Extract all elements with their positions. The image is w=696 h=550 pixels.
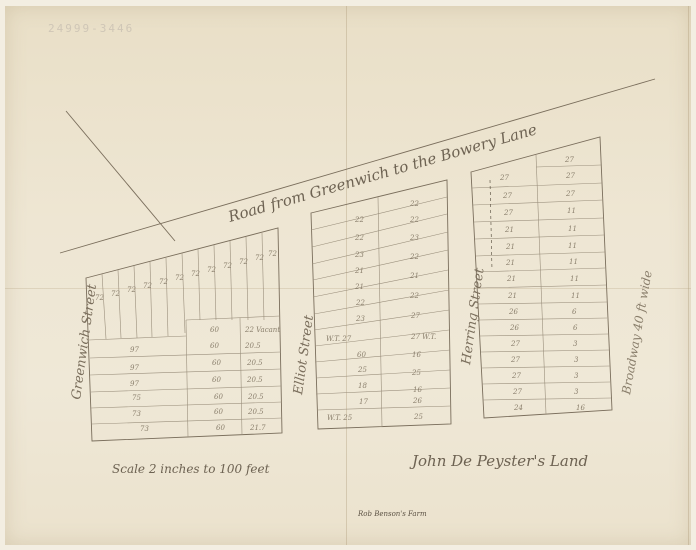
svg-text:21: 21 xyxy=(505,259,515,267)
svg-text:27: 27 xyxy=(410,312,420,320)
svg-text:11: 11 xyxy=(571,292,580,300)
svg-text:27: 27 xyxy=(499,174,509,182)
svg-text:26: 26 xyxy=(508,308,518,316)
road-label: Road from Greenwich to the Bowery Lane xyxy=(225,120,539,226)
svg-text:72: 72 xyxy=(191,270,200,278)
svg-text:21: 21 xyxy=(505,243,515,251)
svg-text:25: 25 xyxy=(357,366,367,374)
svg-text:21: 21 xyxy=(504,226,514,234)
svg-text:21: 21 xyxy=(507,292,517,300)
svg-text:21: 21 xyxy=(354,283,364,291)
svg-text:72: 72 xyxy=(223,262,232,270)
svg-text:11: 11 xyxy=(567,207,576,215)
svg-text:60: 60 xyxy=(210,342,219,350)
svg-text:W.T. 25: W.T. 25 xyxy=(327,414,353,422)
right-block-lot-numbers: 2727 2727 2727 2111 2111 2111 2111 2111 … xyxy=(499,156,585,412)
svg-text:6: 6 xyxy=(573,324,578,332)
svg-text:73: 73 xyxy=(132,410,141,418)
scale-annotation: Scale 2 inches to 100 feet xyxy=(112,462,269,476)
svg-text:60: 60 xyxy=(357,351,366,359)
svg-text:22: 22 xyxy=(409,200,419,208)
svg-text:24: 24 xyxy=(513,404,523,412)
svg-text:72: 72 xyxy=(175,274,184,282)
svg-text:16: 16 xyxy=(412,351,421,359)
road-line-cross xyxy=(66,111,175,241)
svg-text:60: 60 xyxy=(214,393,223,401)
svg-text:11: 11 xyxy=(568,225,577,233)
middle-block-outline xyxy=(311,180,451,429)
svg-text:27: 27 xyxy=(510,340,520,348)
svg-text:16: 16 xyxy=(576,404,585,412)
survey-drawing: Road from Greenwich to the Bowery Lane G… xyxy=(0,0,696,550)
svg-text:21: 21 xyxy=(354,267,364,275)
svg-text:27: 27 xyxy=(512,388,522,396)
svg-text:27 W.T.: 27 W.T. xyxy=(410,333,436,341)
svg-text:75: 75 xyxy=(132,394,141,402)
svg-text:6: 6 xyxy=(572,308,577,316)
svg-text:22: 22 xyxy=(409,253,419,261)
bottom-note: Rob Benson's Farm xyxy=(358,510,427,518)
svg-text:73: 73 xyxy=(140,425,149,433)
svg-text:27: 27 xyxy=(564,156,574,164)
svg-text:97: 97 xyxy=(130,380,139,388)
svg-text:27: 27 xyxy=(565,190,575,198)
svg-text:27: 27 xyxy=(510,356,520,364)
svg-text:22: 22 xyxy=(355,299,365,307)
svg-text:97: 97 xyxy=(130,364,139,372)
svg-text:22 Vacant: 22 Vacant xyxy=(244,326,280,334)
svg-text:26: 26 xyxy=(412,397,422,405)
street-label-herring: Herring Street xyxy=(459,266,488,366)
svg-text:72: 72 xyxy=(127,286,136,294)
svg-text:20.5: 20.5 xyxy=(244,342,261,350)
svg-text:20.5: 20.5 xyxy=(246,359,263,367)
svg-text:26: 26 xyxy=(509,324,519,332)
svg-text:23: 23 xyxy=(355,315,365,323)
svg-text:20.5: 20.5 xyxy=(247,408,264,416)
svg-text:27: 27 xyxy=(511,372,521,380)
svg-text:72: 72 xyxy=(143,282,152,290)
svg-text:3: 3 xyxy=(574,356,579,364)
svg-text:22: 22 xyxy=(409,216,419,224)
svg-text:22: 22 xyxy=(409,292,419,300)
svg-text:21: 21 xyxy=(506,275,516,283)
svg-text:27: 27 xyxy=(502,192,512,200)
svg-text:60: 60 xyxy=(210,326,219,334)
svg-text:22: 22 xyxy=(354,216,364,224)
svg-text:3: 3 xyxy=(574,372,579,380)
svg-text:22: 22 xyxy=(354,234,364,242)
middle-block-lot-lines xyxy=(311,197,451,427)
svg-text:11: 11 xyxy=(570,275,579,283)
svg-text:60: 60 xyxy=(212,376,221,384)
svg-text:72: 72 xyxy=(239,258,248,266)
svg-text:3: 3 xyxy=(573,340,578,348)
svg-text:97: 97 xyxy=(130,346,139,354)
svg-text:20.5: 20.5 xyxy=(246,376,263,384)
svg-text:60: 60 xyxy=(212,359,221,367)
svg-text:23: 23 xyxy=(354,251,364,259)
svg-text:72: 72 xyxy=(159,278,168,286)
svg-text:17: 17 xyxy=(359,398,368,406)
left-block-lot-lines xyxy=(89,233,282,437)
svg-text:72: 72 xyxy=(111,290,120,298)
right-block-lot-lines xyxy=(472,155,611,414)
svg-text:20.5: 20.5 xyxy=(247,393,264,401)
svg-text:72: 72 xyxy=(255,254,264,262)
svg-text:16: 16 xyxy=(413,386,422,394)
svg-text:27: 27 xyxy=(503,209,513,217)
svg-text:25: 25 xyxy=(413,413,423,421)
right-block-outline xyxy=(471,137,612,418)
svg-text:11: 11 xyxy=(569,258,578,266)
svg-text:72: 72 xyxy=(268,250,277,258)
svg-text:60: 60 xyxy=(214,408,223,416)
svg-text:18: 18 xyxy=(358,382,367,390)
svg-text:60: 60 xyxy=(216,424,225,432)
svg-text:72: 72 xyxy=(95,294,104,302)
svg-text:72: 72 xyxy=(207,266,216,274)
svg-text:27: 27 xyxy=(565,172,575,180)
street-label-broadway: Broadway 40 ft wide xyxy=(619,269,655,396)
svg-text:23: 23 xyxy=(409,234,419,242)
owner-annotation: John De Peyster's Land xyxy=(412,452,588,470)
svg-text:W.T. 27: W.T. 27 xyxy=(326,335,352,343)
street-label-elliot: Elliot Street xyxy=(291,313,317,396)
svg-text:21: 21 xyxy=(409,272,419,280)
svg-text:11: 11 xyxy=(568,242,577,250)
svg-text:3: 3 xyxy=(574,388,579,396)
svg-text:25: 25 xyxy=(411,369,421,377)
svg-text:21.7: 21.7 xyxy=(249,424,266,432)
